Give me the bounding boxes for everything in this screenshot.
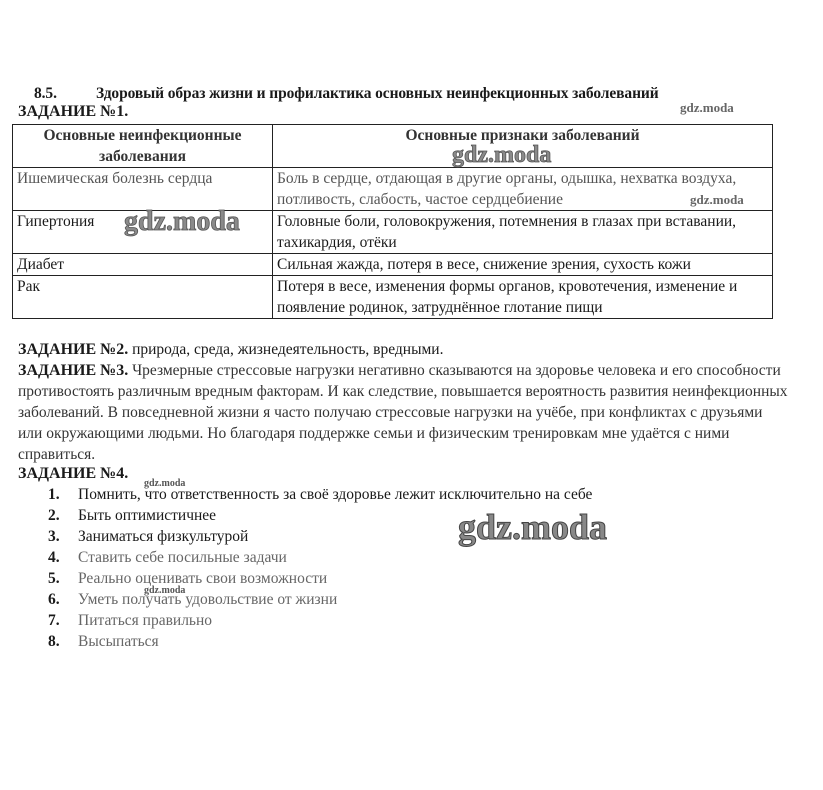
task1-title: ЗАДАНИЕ №1. bbox=[18, 103, 128, 121]
section-title: Здоровый образ жизни и профилактика осно… bbox=[96, 85, 659, 102]
watermark: gdz.moda bbox=[144, 478, 185, 489]
list-item: 6.Уметь получать удовольствие от жизни bbox=[48, 589, 592, 610]
task4-block: ЗАДАНИЕ №4. bbox=[18, 463, 788, 484]
task2-title: ЗАДАНИЕ №2. bbox=[18, 341, 128, 358]
item-text: Заниматься физкультурой bbox=[78, 526, 248, 547]
item-text: Высыпаться bbox=[78, 631, 159, 652]
item-text: Уметь получать удовольствие от жизни bbox=[78, 589, 337, 610]
task3-block: ЗАДАНИЕ №3. Чрезмерные стрессовые нагруз… bbox=[18, 360, 788, 465]
list-item: 1.Помнить, что ответственность за своё з… bbox=[48, 484, 592, 505]
symptoms-cell: Головные боли, головокружения, потемнени… bbox=[273, 211, 773, 254]
item-number: 1. bbox=[48, 484, 78, 505]
watermark: gdz.moda bbox=[144, 585, 185, 596]
task3-answer: Чрезмерные стрессовые нагрузки негативно… bbox=[18, 362, 788, 463]
item-number: 6. bbox=[48, 589, 78, 610]
list-item: 8.Высыпаться bbox=[48, 631, 592, 652]
symptoms-cell: Потеря в весе, изменения формы органов, … bbox=[273, 276, 773, 319]
disease-cell: Рак bbox=[13, 276, 273, 319]
watermark: gdz.moda bbox=[680, 100, 734, 116]
item-number: 4. bbox=[48, 547, 78, 568]
item-number: 3. bbox=[48, 526, 78, 547]
item-number: 5. bbox=[48, 568, 78, 589]
task4-title: ЗАДАНИЕ №4. bbox=[18, 465, 128, 482]
item-text: Быть оптимистичнее bbox=[78, 505, 216, 526]
task2-answer: природа, среда, жизнедеятельность, вредн… bbox=[132, 341, 443, 358]
table-row: Диабет Сильная жажда, потеря в весе, сни… bbox=[13, 254, 773, 276]
section-number: 8.5. bbox=[34, 85, 96, 103]
list-item: 4.Ставить себе посильные задачи bbox=[48, 547, 592, 568]
worksheet-page: 8.5.Здоровый образ жизни и профилактика … bbox=[0, 0, 823, 790]
task3-title: ЗАДАНИЕ №3. bbox=[18, 362, 128, 379]
item-number: 8. bbox=[48, 631, 78, 652]
item-text: Реально оценивать свои возможности bbox=[78, 568, 327, 589]
list-item: 7.Питаться правильно bbox=[48, 610, 592, 631]
item-text: Ставить себе посильные задачи bbox=[78, 547, 287, 568]
table-row: Рак Потеря в весе, изменения формы орган… bbox=[13, 276, 773, 319]
list-item: 5.Реально оценивать свои возможности bbox=[48, 568, 592, 589]
header-diseases: Основные неинфекционные заболевания bbox=[13, 125, 273, 168]
symptoms-cell: Сильная жажда, потеря в весе, снижение з… bbox=[273, 254, 773, 276]
table-row: Ишемическая болезнь сердца Боль в сердце… bbox=[13, 168, 773, 211]
table-header-row: Основные неинфекционные заболевания Осно… bbox=[13, 125, 773, 168]
section-heading: 8.5.Здоровый образ жизни и профилактика … bbox=[34, 85, 659, 103]
watermark: gdz.moda bbox=[452, 142, 551, 169]
item-text: Питаться правильно bbox=[78, 610, 212, 631]
watermark: gdz.moda bbox=[124, 206, 240, 238]
disease-cell: Ишемическая болезнь сердца bbox=[13, 168, 273, 211]
item-number: 2. bbox=[48, 505, 78, 526]
item-number: 7. bbox=[48, 610, 78, 631]
watermark: gdz.moda bbox=[690, 192, 744, 208]
watermark: gdz.moda bbox=[458, 506, 607, 548]
task2-block: ЗАДАНИЕ №2. природа, среда, жизнедеятель… bbox=[18, 339, 788, 360]
disease-cell: Диабет bbox=[13, 254, 273, 276]
